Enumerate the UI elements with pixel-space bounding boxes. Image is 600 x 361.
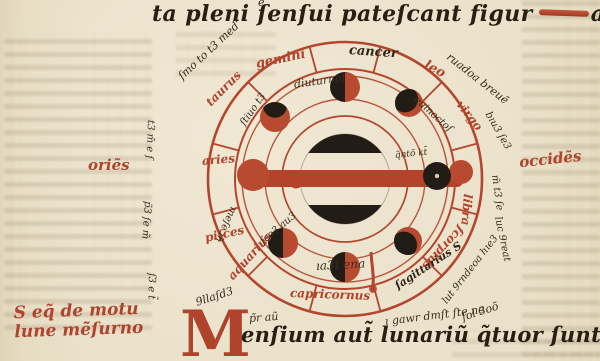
marginal-gloss: m̃ t3 ſe bbox=[489, 174, 504, 211]
interlinear-gloss: ẽ bbox=[258, 0, 265, 9]
rubric-line-2: lune mẽſurno bbox=[14, 318, 144, 341]
ring-gloss: ıa3t ena bbox=[316, 257, 366, 272]
header-end-letter: a. bbox=[591, 1, 600, 27]
incipit-text: enſium aut̃ lunariũ q̃tuor ſunt ſpe bbox=[241, 322, 600, 347]
ray-bulge bbox=[290, 176, 303, 189]
marginal-gloss: p̃3 ſe m̃ bbox=[139, 201, 152, 240]
oriens-label: oriẽs bbox=[88, 156, 130, 174]
sun-disc bbox=[449, 160, 473, 184]
manuscript-page: ta pleni ſenſui pateſcant figura. ẽ oriẽ… bbox=[0, 0, 600, 361]
zodiac-label-cancer: cancer bbox=[349, 44, 399, 60]
marginal-gloss: t3 m̃ e ſ bbox=[144, 120, 155, 159]
occidens-label: occidẽs bbox=[518, 147, 582, 171]
bleed-through-text-left bbox=[4, 34, 152, 334]
rubric-note: S eq̃ de motu lune mẽſurno bbox=[13, 300, 143, 342]
header-line: ta pleni ſenſui pateſcant figura. bbox=[152, 1, 600, 27]
zodiac-label-capricornus: capricornus bbox=[290, 287, 371, 302]
zodiac-label-libra: libra bbox=[459, 193, 474, 226]
moon-phase-crescent bbox=[391, 227, 423, 258]
marginal-gloss: ſ3 e t̃ bbox=[146, 273, 156, 300]
zodiac-label-aries: aries bbox=[201, 152, 235, 167]
moon-phase-new-moon bbox=[423, 162, 451, 190]
bleed-through-text-right bbox=[522, 0, 600, 361]
red-flourish-line bbox=[539, 9, 589, 17]
header-text: ta pleni ſenſui pateſcant figur bbox=[152, 1, 533, 27]
moon-phase-full-moon bbox=[237, 159, 269, 191]
